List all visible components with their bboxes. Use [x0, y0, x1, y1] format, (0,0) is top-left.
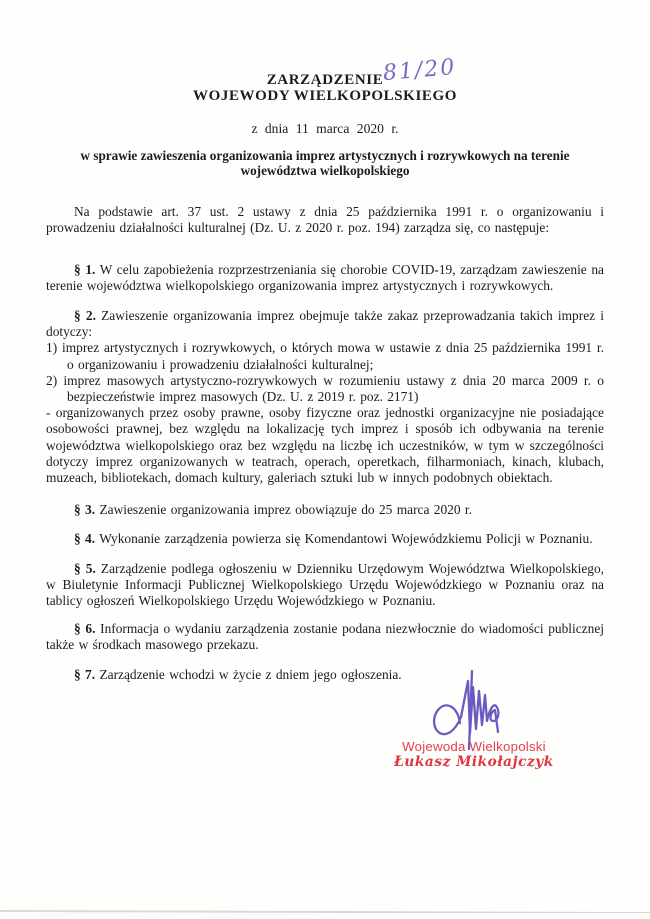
section-4-label: § 4. [74, 531, 95, 546]
section-4-paragraph: § 4. Wykonanie zarządzenia powierza się … [46, 531, 604, 547]
section-1-text: W celu zapobieżenia rozprzestrzeniania s… [46, 262, 604, 293]
subject-line-1: w sprawie zawieszenia organizowania impr… [46, 149, 604, 164]
section-2-text: Zawieszenie organizowania imprez obejmuj… [46, 308, 604, 339]
section-1-label: § 1. [74, 262, 95, 277]
section-7-text: Zarządzenie wchodzi w życie z dniem jego… [99, 667, 401, 682]
document-content: ZARZĄDZENIE 81/20 WOJEWODY WIELKOPOLSKIE… [0, 0, 650, 770]
section-7-label: § 7. [74, 667, 95, 682]
preamble-paragraph: Na podstawie art. 37 ust. 2 ustawy z dni… [46, 204, 604, 236]
section-5-label: § 5. [74, 561, 96, 576]
section-5-text: Zarządzenie podlega ogłoszeniu w Dzienni… [46, 561, 604, 608]
list-item-1-text: imprez artystycznych i rozrywkowych, o k… [62, 340, 604, 371]
signatory-name: Łukasz Mikołajczyk [368, 755, 580, 770]
section-3-label: § 3. [74, 502, 95, 517]
list-item-1-marker: 1) [46, 340, 57, 355]
list-item-1: 1) imprez artystycznych i rozrywkowych, … [46, 340, 604, 372]
dash-paragraph: - organizowanych przez osoby prawne, oso… [46, 405, 604, 486]
section-4-text: Wykonanie zarządzenia powierza się Komen… [99, 531, 592, 546]
document-subject: w sprawie zawieszenia organizowania impr… [46, 149, 604, 178]
list-item-2-text: imprez masowych artystyczno-rozrywkowych… [63, 373, 604, 404]
document-date: z dnia 11 marca 2020 r. [46, 121, 604, 136]
section-5-paragraph: § 5. Zarządzenie podlega ogłoszeniu w Dz… [46, 561, 604, 610]
section-1-paragraph: § 1. W celu zapobieżenia rozprzestrzenia… [46, 262, 604, 294]
section-6-paragraph: § 6. Informacja o wydaniu zarządzenia zo… [46, 621, 604, 653]
scan-edge-margin [0, 913, 650, 919]
section-2-label: § 2. [74, 308, 96, 323]
document-title: ZARZĄDZENIE [267, 72, 384, 88]
document-issuer: WOJEWODY WIELKOPOLSKIEGO [46, 88, 604, 104]
section-3-text: Zawieszenie organizowania imprez obowiąz… [99, 502, 472, 517]
signatory-role: Wojewoda Wielkopolski [368, 740, 580, 754]
section-3-paragraph: § 3. Zawieszenie organizowania imprez ob… [46, 502, 604, 518]
signature-block: Wojewoda Wielkopolski Łukasz Mikołajczyk [368, 669, 580, 770]
list-item-2-marker: 2) [46, 373, 57, 388]
section-2-paragraph: § 2. Zawieszenie organizowania imprez ob… [46, 308, 604, 340]
handwritten-document-number: 81/20 [382, 60, 457, 82]
document-page: ZARZĄDZENIE 81/20 WOJEWODY WIELKOPOLSKIE… [0, 0, 650, 919]
list-item-2: 2) imprez masowych artystyczno-rozrywkow… [46, 373, 604, 405]
section-6-label: § 6. [74, 621, 95, 636]
subject-line-2: województwa wielkopolskiego [46, 164, 604, 179]
section-6-text: Informacja o wydaniu zarządzenia zostani… [46, 621, 604, 652]
document-title-line: ZARZĄDZENIE 81/20 [46, 72, 604, 88]
